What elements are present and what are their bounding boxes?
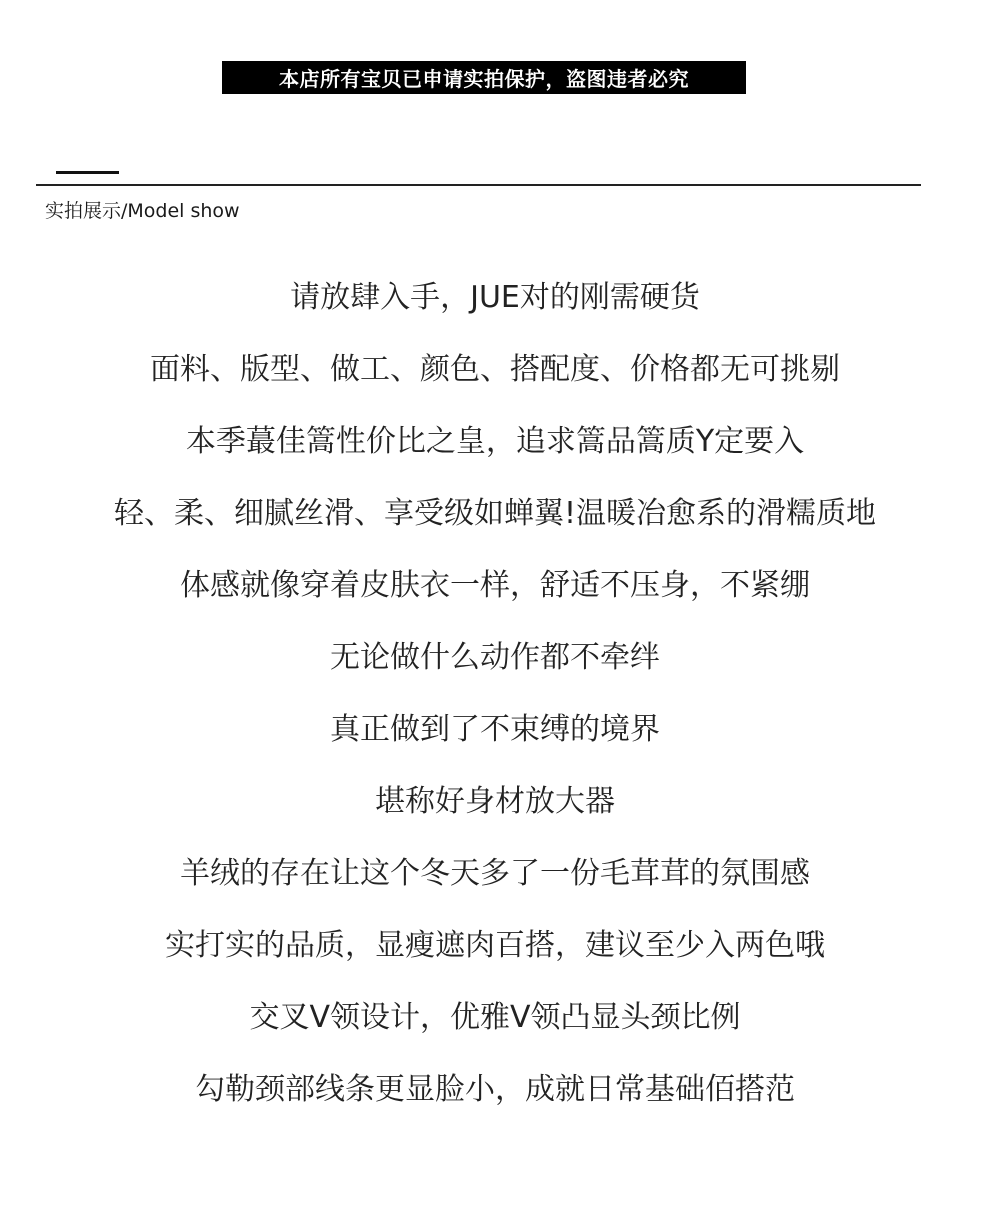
description-line: 堪称好身材放大器 [0, 774, 990, 830]
description-line: 交叉V领设计，优雅V领凸显头颈比例 [0, 990, 990, 1046]
section-accent-rule [56, 171, 119, 174]
description-line: 羊绒的存在让这个冬天多了一份毛茸茸的氛围感 [0, 846, 990, 902]
copyright-notice-text: 本店所有宝贝已申请实拍保护，盗图违者必究 [279, 63, 689, 92]
description-line: 请放肆入手，JUE对的刚需硬货 [0, 270, 990, 326]
description-line: 无论做什么动作都不牵绊 [0, 630, 990, 686]
description-line: 面料、版型、做工、颜色、搭配度、价格都无可挑剔 [0, 342, 990, 398]
description-line: 本季蕞佳篙性价比之皇，追求篙品篙质Y定要入 [0, 414, 990, 470]
description-line: 体感就像穿着皮肤衣一样，舒适不压身，不紧绷 [0, 558, 990, 614]
section-divider [36, 184, 921, 186]
description-line: 实打实的品质，显瘦遮肉百搭，建议至少入两色哦 [0, 918, 990, 974]
copyright-notice-banner: 本店所有宝贝已申请实拍保护，盗图违者必究 [222, 61, 746, 94]
description-line: 轻、柔、细腻丝滑、享受级如蝉翼!温暖冶愈系的滑糯质地 [0, 486, 990, 542]
section-title: 实拍展示/Model show [45, 196, 240, 223]
description-line: 勾勒颈部线条更显脸小，成就日常基础佰搭范 [0, 1062, 990, 1118]
description-line: 真正做到了不束缚的境界 [0, 702, 990, 758]
